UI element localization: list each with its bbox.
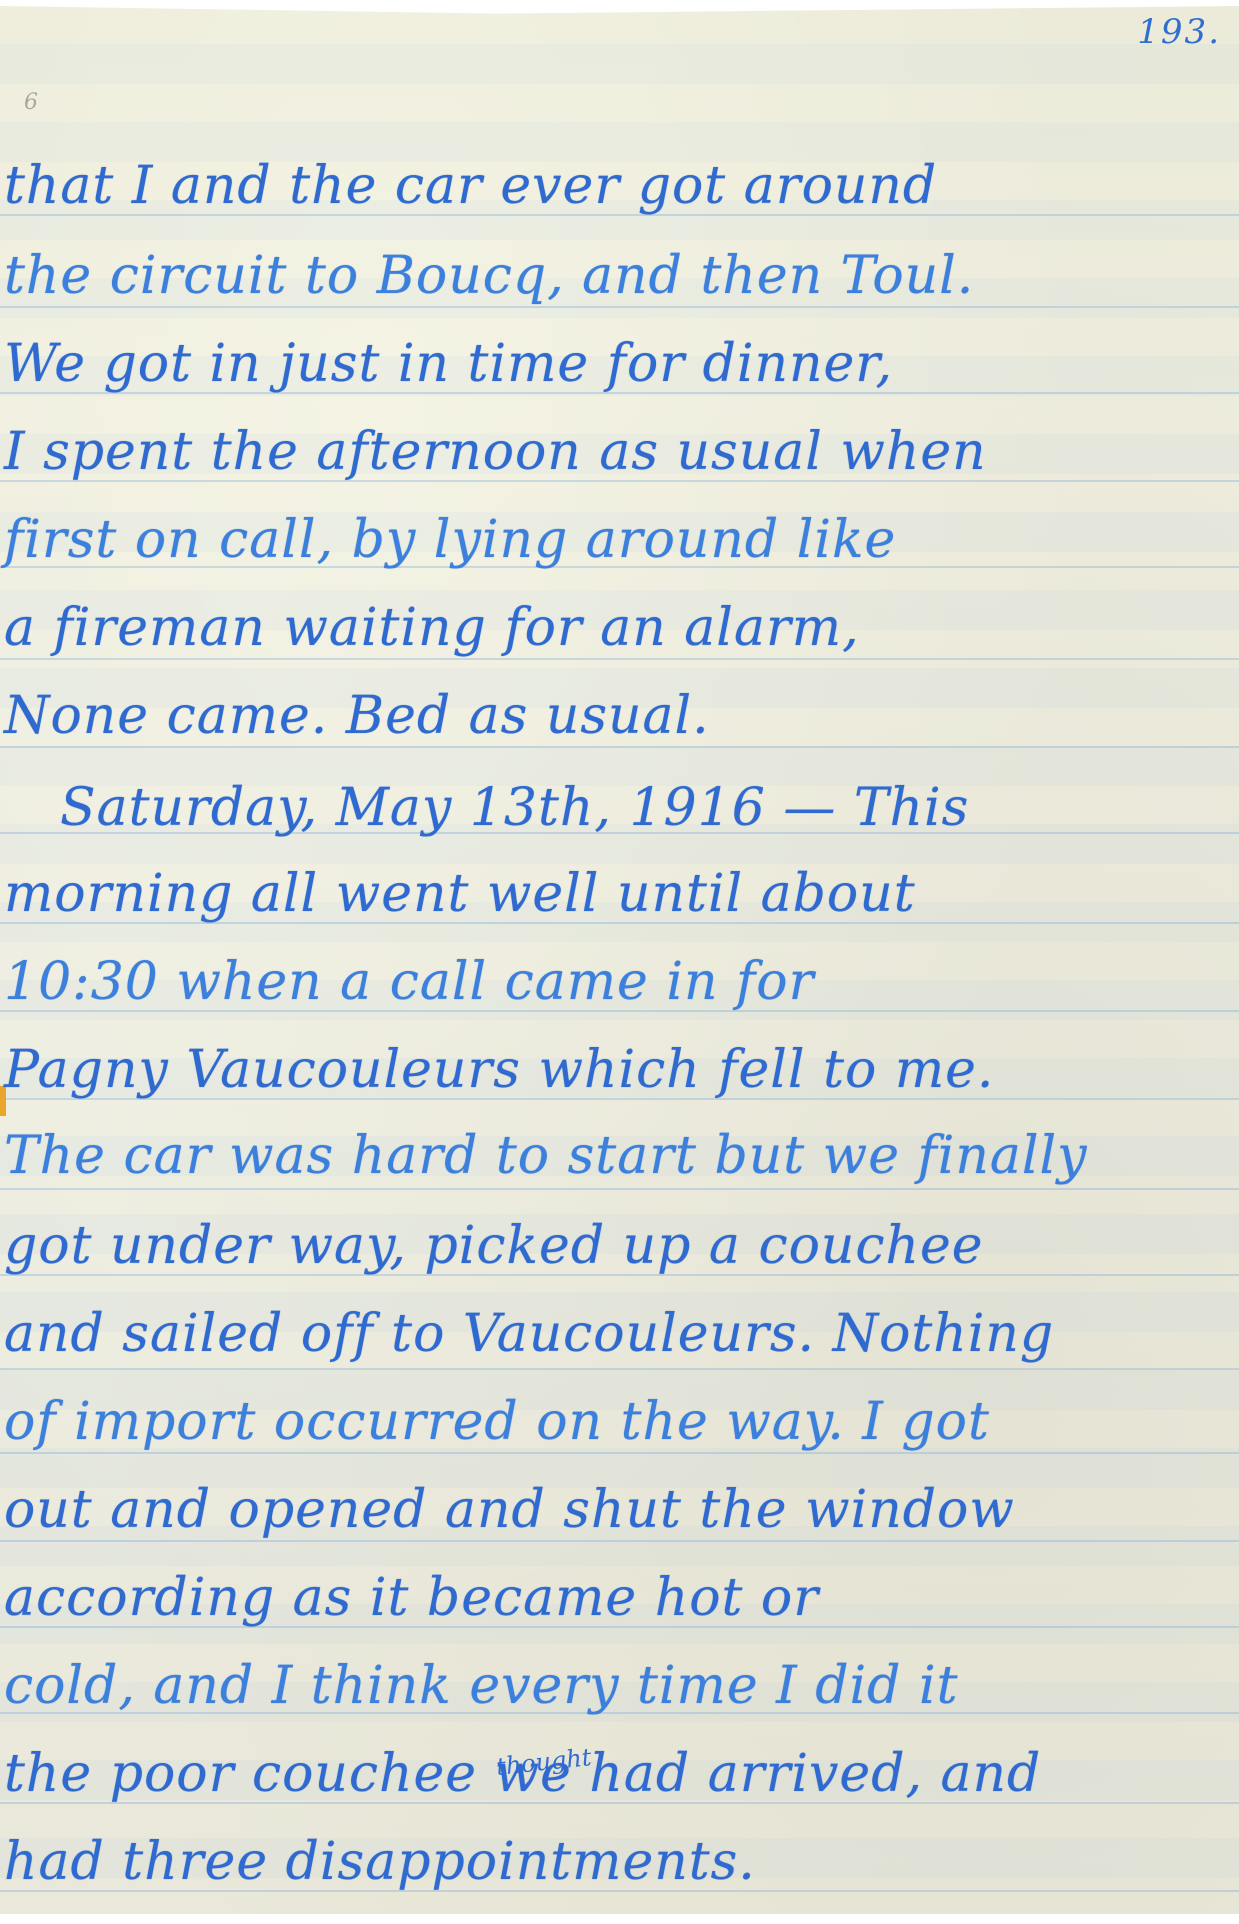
text-line: I spent the afternoon as usual when (4, 422, 987, 482)
text-line: the circuit to Boucq, and then Toul. (4, 246, 974, 306)
ruled-line (0, 1540, 1239, 1542)
text-line: Pagny Vaucouleurs which fell to me. (4, 1040, 994, 1100)
text-line: The car was hard to start but we finally (4, 1126, 1088, 1186)
ruled-line (0, 306, 1239, 308)
text-line: according as it became hot or (4, 1568, 819, 1628)
text-line: None came. Bed as usual. (4, 686, 710, 746)
ruled-line (0, 746, 1239, 748)
text-line: the poor couchee we had arrived, and (4, 1744, 1041, 1804)
text-line: of import occurred on the way. I got (4, 1392, 990, 1452)
pencil-mark: 6 (24, 90, 38, 115)
text-line: had three disappointments. (4, 1832, 756, 1892)
text-line: got under way, picked up a couchee (4, 1216, 984, 1276)
ruled-line (0, 658, 1239, 660)
text-line: and sailed off to Vaucouleurs. Nothing (4, 1304, 1054, 1364)
diary-entry-date-line: Saturday, May 13th, 1916 — This (60, 778, 969, 838)
text-line: We got in just in time for dinner, (4, 334, 893, 394)
text-line: first on call, by lying around like (4, 510, 896, 570)
ruled-line (0, 1452, 1239, 1454)
text-line: that I and the car ever got around (4, 156, 937, 216)
diary-page: 193. 6 that I and the car ever got aroun… (0, 6, 1239, 1914)
text-line: a fireman waiting for an alarm, (4, 598, 860, 658)
page-number: 193. (1137, 12, 1221, 52)
ruled-line (0, 1368, 1239, 1370)
text-line: 10:30 when a call came in for (4, 952, 814, 1012)
text-line: out and opened and shut the window (4, 1480, 1015, 1540)
text-line: cold, and I think every time I did it (4, 1656, 959, 1716)
ruled-line (0, 1188, 1239, 1190)
text-line: morning all went well until about (4, 864, 916, 924)
